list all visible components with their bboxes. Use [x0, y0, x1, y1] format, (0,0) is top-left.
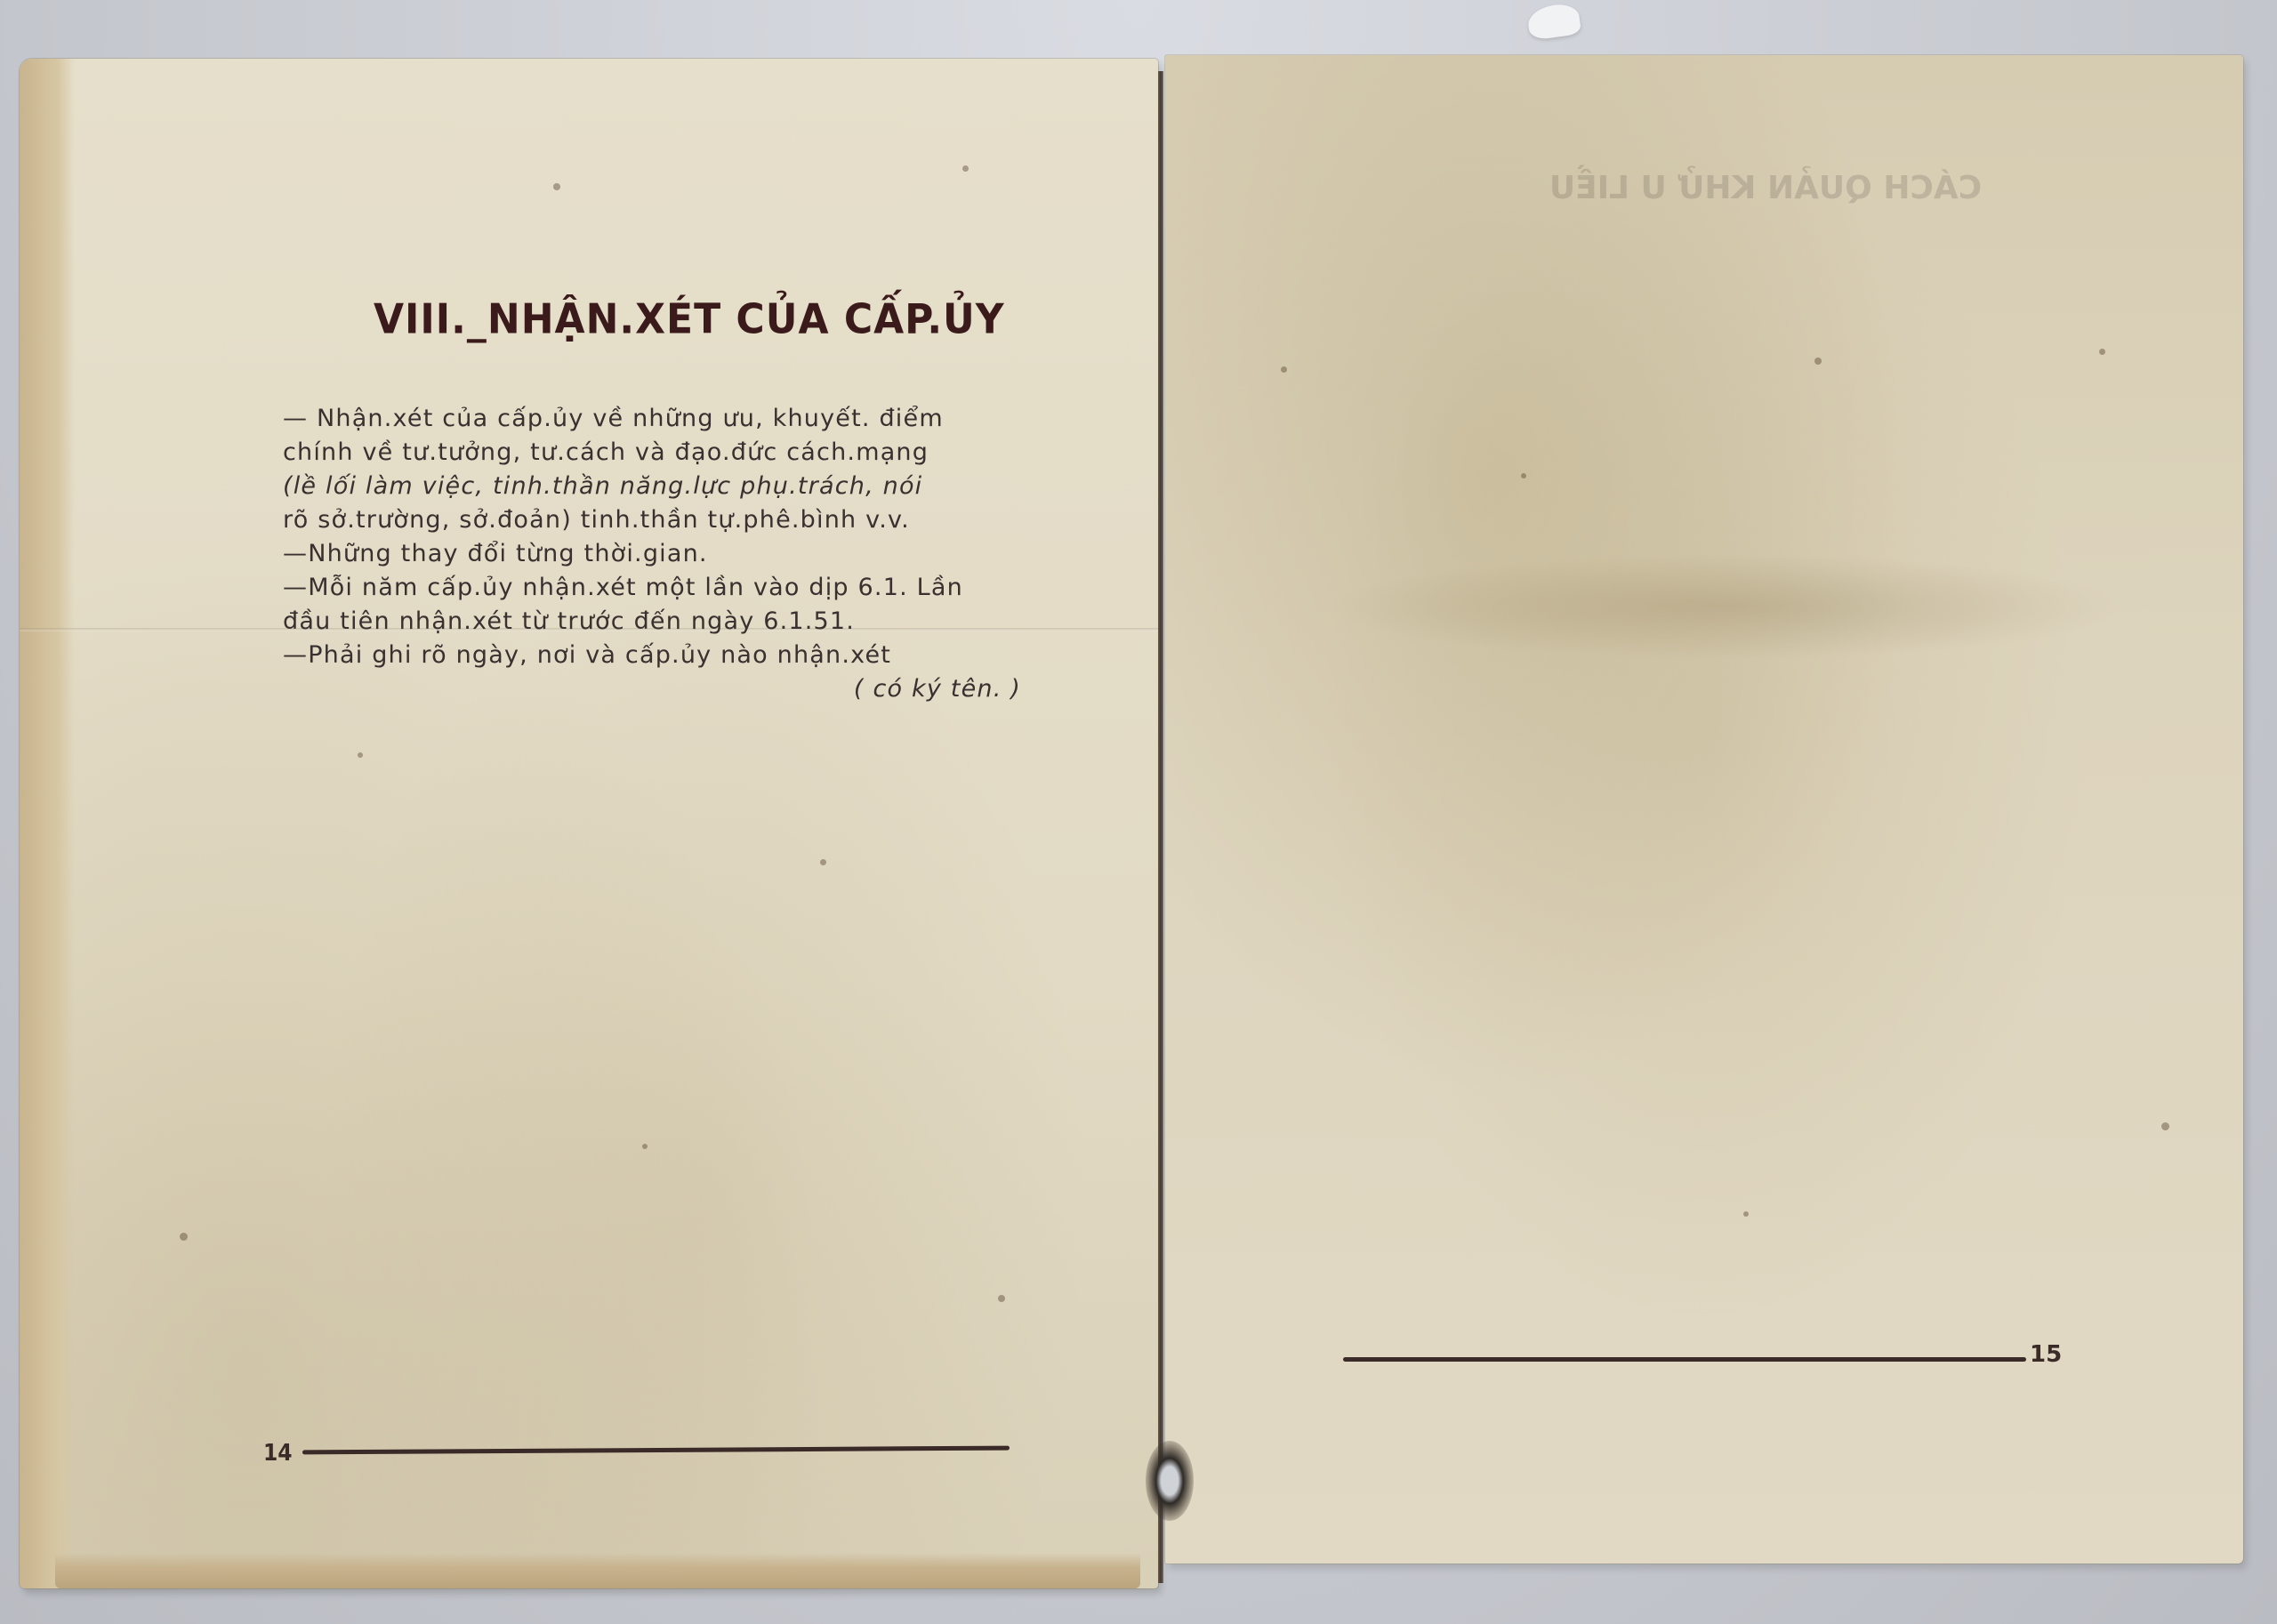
foxing-spot [180, 1233, 188, 1241]
footer-rule-left [302, 1446, 1010, 1455]
right-page: CÁCH QUẢN KHỬ U LIỀU 15 [1165, 55, 2243, 1564]
foxing-spot [820, 859, 826, 865]
instructions-text: — Nhận.xét của cấp.ủy về những ưu, khuyế… [283, 402, 1030, 706]
foxing-spot [358, 752, 363, 758]
foxing-spot [642, 1144, 648, 1149]
text-line: — Nhận.xét của cấp.ủy về những ưu, khuyế… [283, 402, 1030, 436]
foxing-spot [553, 183, 560, 190]
bleed-through-text: CÁCH QUẢN KHỬ U LIỀU [1299, 171, 2233, 971]
text-line: đầu tiên nhận.xét từ trước đến ngày 6.1.… [283, 605, 1030, 639]
left-page: VIII._NHẬN.XÉT CỦA CẤP.ỦY — Nhận.xét của… [20, 59, 1158, 1588]
foxing-spot [2161, 1122, 2169, 1130]
foxing-spot [2099, 349, 2105, 355]
burn-hole [1146, 1441, 1194, 1521]
foxing-spot [1814, 358, 1822, 365]
text-line: (lề lối làm việc, tinh.thần năng.lực phụ… [283, 470, 1030, 503]
page-edge-stain [20, 59, 75, 1588]
page-number-right: 15 [2030, 1341, 2062, 1368]
text-line: chính về tư.tưởng, tư.cách và đạo.đức cá… [283, 436, 1030, 470]
section-heading: VIII._NHẬN.XÉT CỦA CẤP.ỦY [374, 296, 1005, 344]
page-bottom-edge [55, 1553, 1140, 1588]
text-line: —Mỗi năm cấp.ủy nhận.xét một lần vào dịp… [283, 571, 1030, 605]
page-number-left: 14 [263, 1440, 293, 1467]
text-line: —Những thay đổi từng thời.gian. [283, 537, 1030, 571]
booklet-spine [1158, 71, 1163, 1583]
text-line: —Phải ghi rõ ngày, nơi và cấp.ủy nào nhậ… [283, 639, 1030, 672]
paper-scrap [1526, 2, 1581, 41]
foxing-spot [962, 165, 969, 172]
foxing-spot [1281, 366, 1287, 373]
foxing-spot [1743, 1211, 1749, 1217]
foxing-spot [1521, 473, 1526, 478]
signature-note: ( có ký tên. ) [283, 672, 1030, 706]
foxing-spot [998, 1295, 1005, 1302]
bleed-through-title: CÁCH QUẢN KHỬ U LIỀU [1299, 171, 2233, 206]
footer-rule-right [1343, 1357, 2026, 1362]
text-line: rõ sở.trường, sở.đoản) tinh.thần tự.phê.… [283, 503, 1030, 537]
